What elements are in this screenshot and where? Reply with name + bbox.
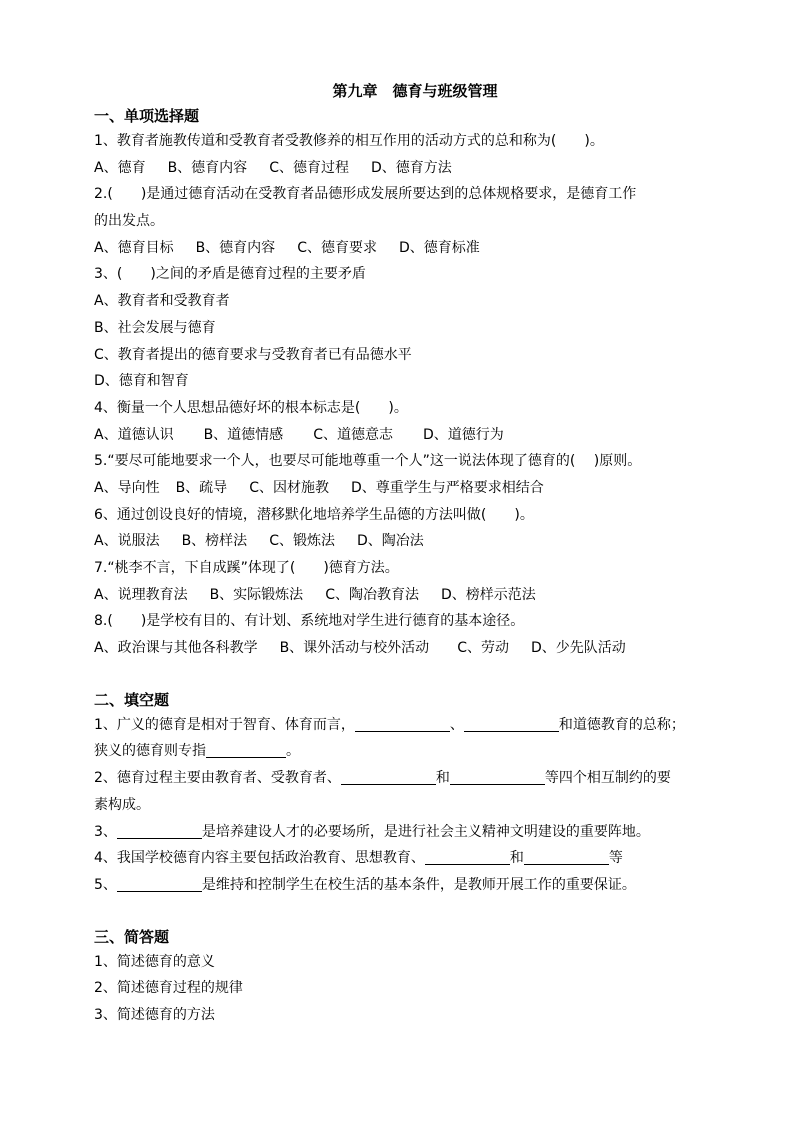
option: B、疏导: [176, 475, 228, 502]
question-stem: 1、教育者施教传道和受教育者受教修养的相互作用的活动方式的总和称为( )。: [94, 128, 726, 155]
text: 。: [286, 743, 300, 759]
option: A、导向性: [94, 475, 160, 502]
option: A、道德认识: [94, 422, 174, 449]
text: 和道德教育的总称；: [559, 717, 685, 733]
answer-blank[interactable]: [355, 715, 450, 732]
option: B、实际锻炼法: [210, 582, 304, 609]
text: 等: [609, 850, 623, 866]
answer-blank[interactable]: [341, 768, 436, 785]
text: 2、德育过程主要由教育者、受教育者、: [94, 770, 341, 786]
text: 5、: [94, 877, 117, 893]
options-row: A、道德认识B、道德情感C、道德意志D、道德行为: [94, 422, 726, 449]
options-row: A、说理教育法B、实际锻炼法C、陶冶教育法D、榜样示范法: [94, 582, 726, 609]
fill-question: 1、广义的德育是相对于智育、体育而言，、和道德教育的总称；: [94, 712, 726, 739]
option: C、德育要求: [297, 235, 377, 262]
fill-question: 2、德育过程主要由教育者、受教育者、和等四个相互制约的要: [94, 765, 726, 792]
option: C、劳动: [457, 635, 509, 662]
option: D、少先队活动: [531, 635, 626, 662]
text: 、: [450, 717, 464, 733]
options-row: A、德育目标B、德育内容C、德育要求D、德育标准: [94, 235, 726, 262]
question-stem: 3、( )之间的矛盾是德育过程的主要矛盾: [94, 261, 726, 288]
option: D、德育标准: [399, 235, 480, 262]
option: B、课外活动与校外活动: [280, 635, 430, 662]
option: A、德育: [94, 155, 146, 182]
text: 等四个相互制约的要: [545, 770, 671, 786]
question-stem: 5.“要尽可能地要求一个人，也要尽可能地尊重一个人”这一说法体现了德育的( )原…: [94, 448, 726, 475]
section-heading-fill-in-blank: 二、填空题: [94, 688, 726, 712]
option: B、德育内容: [196, 235, 276, 262]
short-answer-item: 1、简述德育的意义: [94, 949, 726, 976]
fill-question-continued: 狭义的德育则专指。: [94, 738, 726, 765]
question-stem: 4、衡量一个人思想品德好坏的根本标志是( )。: [94, 395, 726, 422]
option: D、榜样示范法: [441, 582, 536, 609]
option: D、德育方法: [371, 155, 452, 182]
option: C、教育者提出的德育要求与受教育者已有品德水平: [94, 342, 726, 369]
options-row: A、德育B、德育内容C、德育过程D、德育方法: [94, 155, 726, 182]
answer-blank[interactable]: [450, 768, 545, 785]
option: B、德育内容: [168, 155, 248, 182]
document-page: 第九章 德育与班级管理 一、单项选择题 1、教育者施教传道和受教育者受教修养的相…: [94, 80, 726, 1029]
option: C、锻炼法: [269, 528, 335, 555]
question-stem: 7.“桃李不言，下自成蹊”体现了( )德育方法。: [94, 555, 726, 582]
text: 是维持和控制学生在校生活的基本条件，是教师开展工作的重要保证。: [202, 877, 636, 893]
spacer: [94, 899, 726, 925]
options-row: A、导向性B、疏导C、因材施教D、尊重学生与严格要求相结合: [94, 475, 726, 502]
text: 3、: [94, 824, 117, 840]
option: D、尊重学生与严格要求相结合: [351, 475, 544, 502]
answer-blank[interactable]: [524, 848, 609, 865]
question-stem: 2.( )是通过德育活动在受教育者品德形成发展所要达到的总体规格要求，是德育工作: [94, 181, 726, 208]
options-row: A、政治课与其他各科教学B、课外活动与校外活动C、劳动D、少先队活动: [94, 635, 726, 662]
answer-blank[interactable]: [117, 875, 202, 892]
option: A、德育目标: [94, 235, 174, 262]
option: A、政治课与其他各科教学: [94, 635, 258, 662]
question-stem: 8.( )是学校有目的、有计划、系统地对学生进行德育的基本途径。: [94, 608, 726, 635]
answer-blank[interactable]: [206, 741, 286, 758]
section-heading-short-answer: 三、简答题: [94, 925, 726, 949]
answer-blank[interactable]: [117, 822, 202, 839]
fill-question-continued: 素构成。: [94, 792, 726, 819]
option: B、社会发展与德育: [94, 315, 726, 342]
chapter-title: 第九章 德育与班级管理: [94, 80, 726, 102]
option: C、因材施教: [249, 475, 329, 502]
option: B、榜样法: [182, 528, 248, 555]
option: D、陶冶法: [357, 528, 424, 555]
answer-blank[interactable]: [425, 848, 510, 865]
options-row: A、说服法B、榜样法C、锻炼法D、陶冶法: [94, 528, 726, 555]
option: C、道德意志: [313, 422, 393, 449]
option: C、德育过程: [269, 155, 349, 182]
option: A、教育者和受教育者: [94, 288, 726, 315]
text: 和: [510, 850, 524, 866]
text: 1、广义的德育是相对于智育、体育而言，: [94, 717, 355, 733]
fill-question: 5、是维持和控制学生在校生活的基本条件，是教师开展工作的重要保证。: [94, 872, 726, 899]
question-stem-continued: 的出发点。: [94, 208, 726, 235]
text: 4、我国学校德育内容主要包括政治教育、思想教育、: [94, 850, 425, 866]
short-answer-item: 2、简述德育过程的规律: [94, 975, 726, 1002]
answer-blank[interactable]: [464, 715, 559, 732]
option: B、道德情感: [204, 422, 284, 449]
short-answer-item: 3、简述德育的方法: [94, 1002, 726, 1029]
question-stem: 6、通过创设良好的情境，潜移默化地培养学生品德的方法叫做( )。: [94, 502, 726, 529]
section-heading-multiple-choice: 一、单项选择题: [94, 104, 726, 128]
option: D、道德行为: [423, 422, 504, 449]
fill-question: 3、是培养建设人才的必要场所，是进行社会主义精神文明建设的重要阵地。: [94, 819, 726, 846]
text: 狭义的德育则专指: [94, 743, 206, 759]
fill-question: 4、我国学校德育内容主要包括政治教育、思想教育、和等: [94, 845, 726, 872]
spacer: [94, 662, 726, 688]
option: A、说理教育法: [94, 582, 188, 609]
option: D、德育和智育: [94, 368, 726, 395]
text: 是培养建设人才的必要场所，是进行社会主义精神文明建设的重要阵地。: [202, 824, 650, 840]
option: A、说服法: [94, 528, 160, 555]
text: 和: [436, 770, 450, 786]
option: C、陶冶教育法: [325, 582, 419, 609]
